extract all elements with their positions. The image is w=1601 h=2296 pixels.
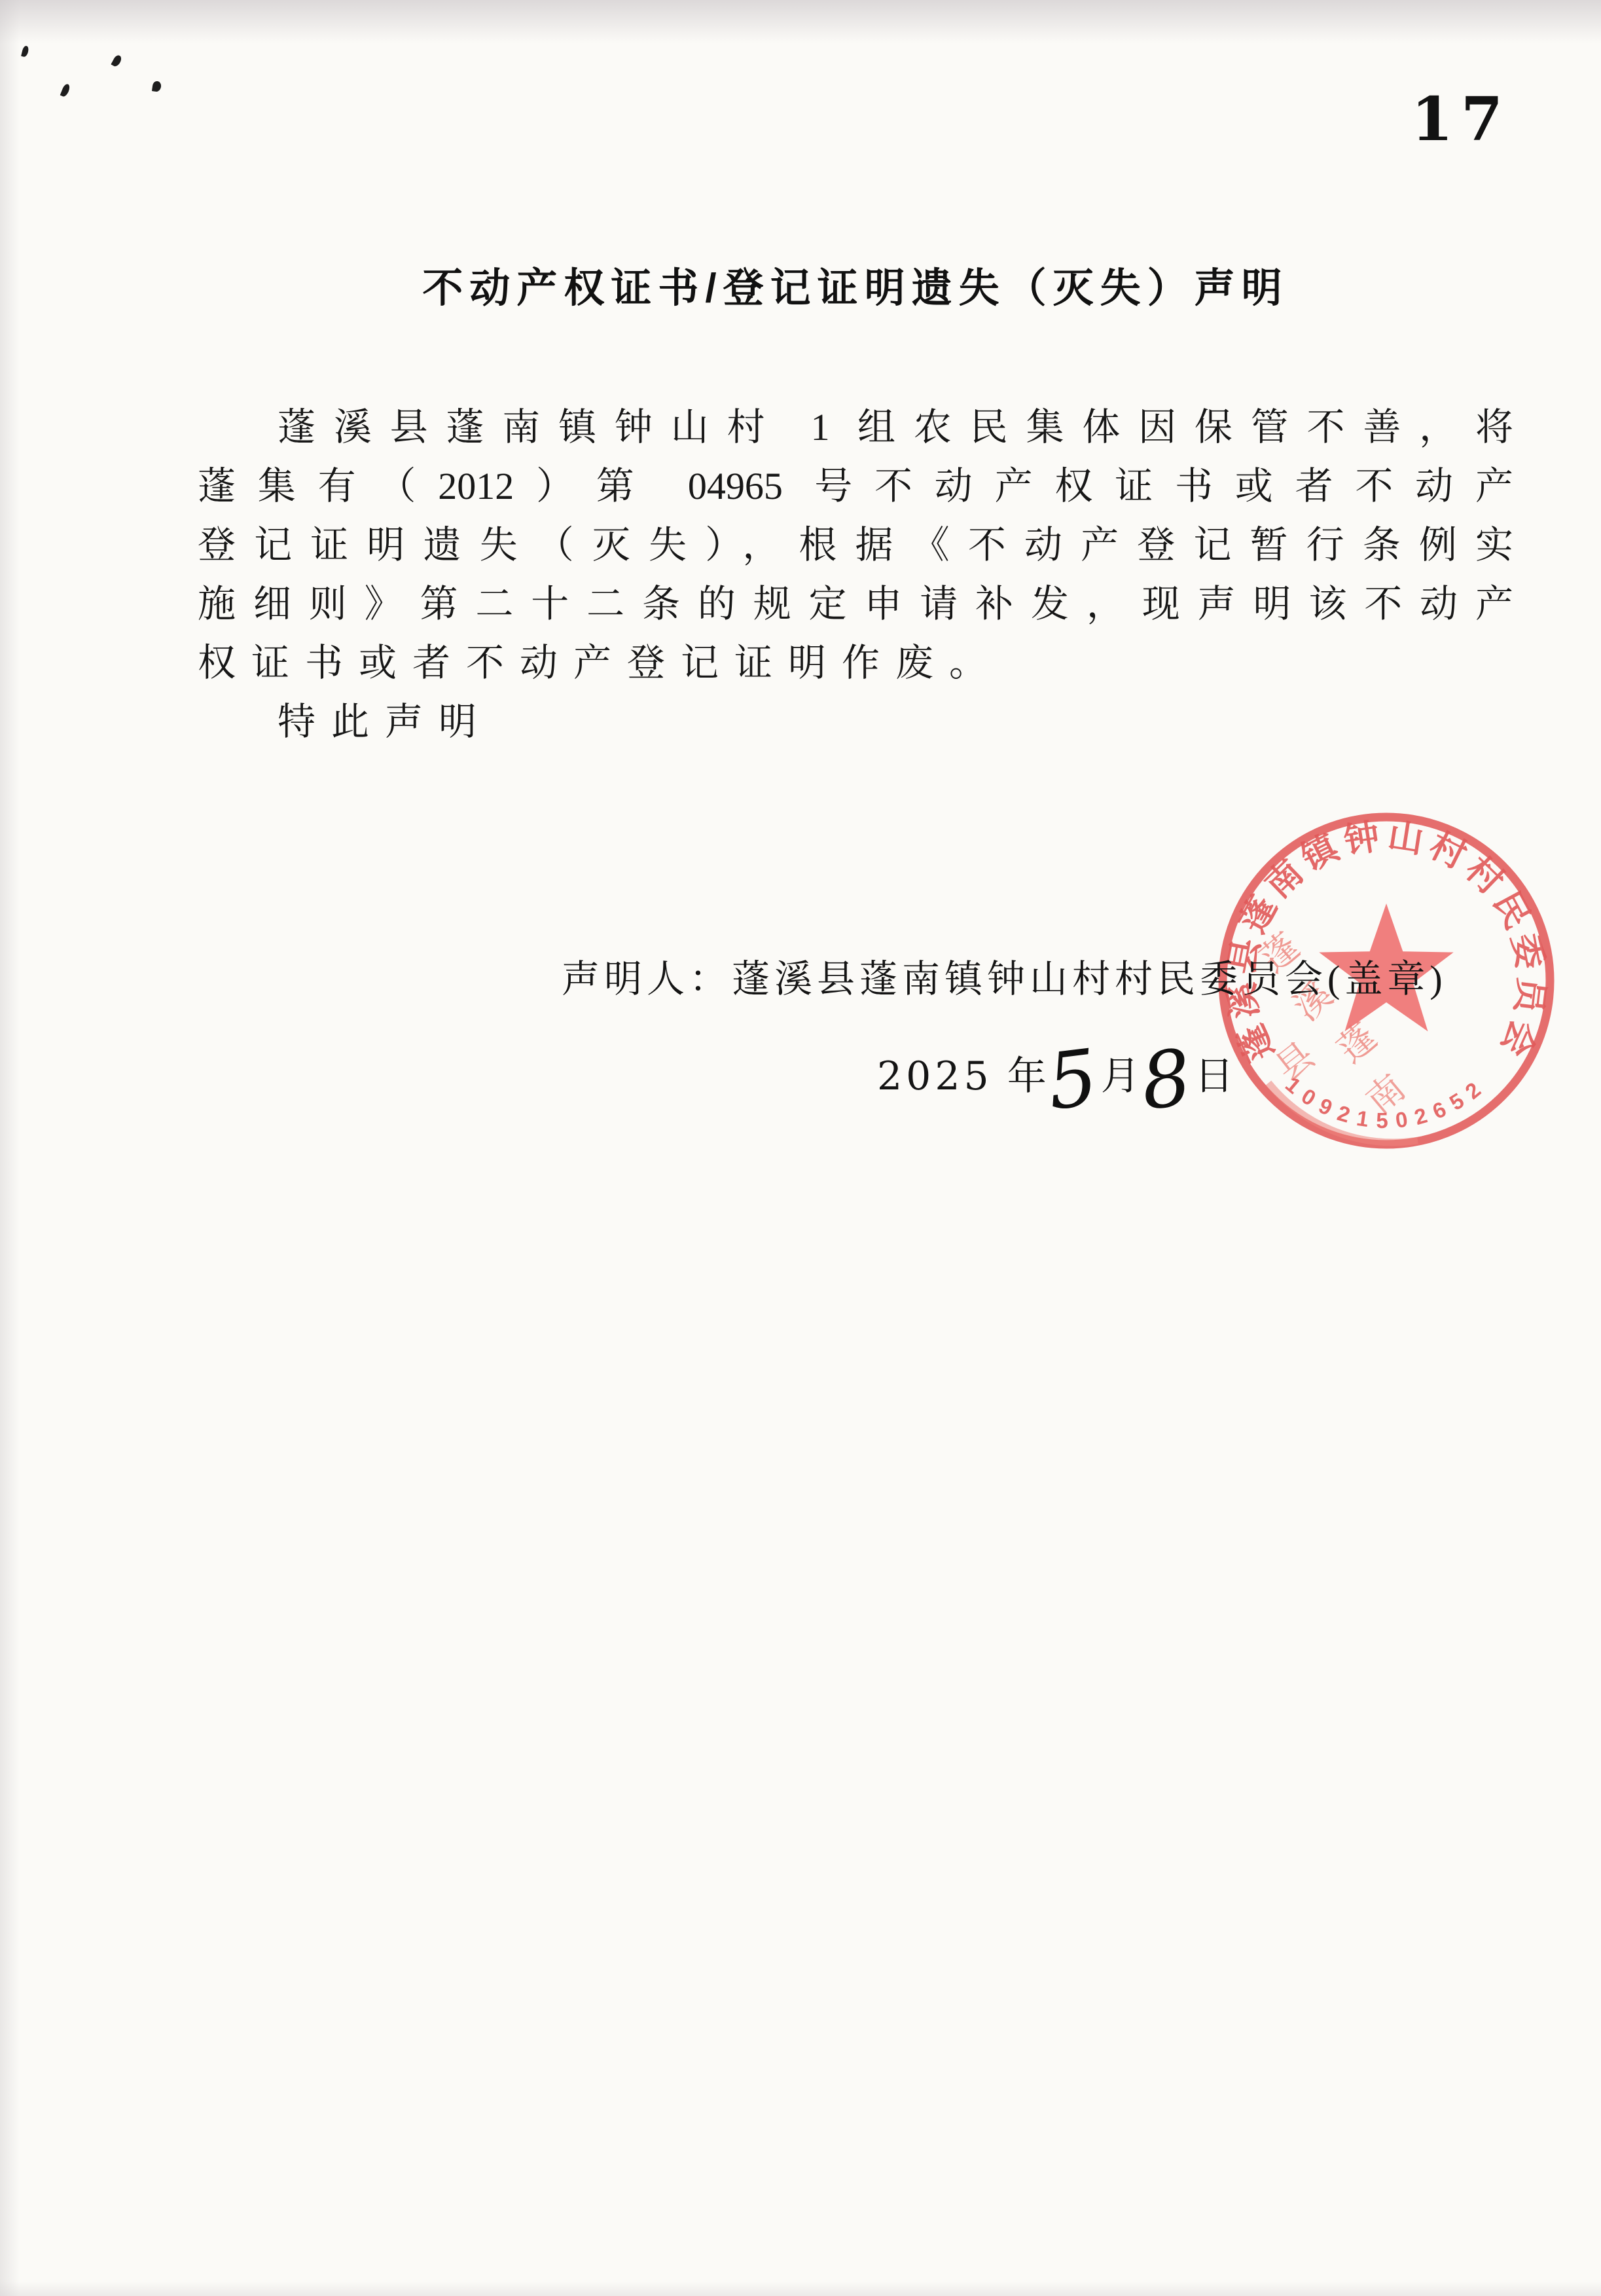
ink-speck — [60, 83, 71, 98]
page-number: 17 — [1411, 84, 1511, 155]
ink-speck — [21, 45, 29, 58]
paragraph-line: 权证书或者不动产登记证明作废。 — [198, 634, 1513, 693]
paragraph-line: 蓬集有（2012）第 04965 号不动产权证书或者不动产 — [198, 457, 1513, 516]
declarant-label: 声明人： — [562, 958, 732, 1000]
date-line: 2025年5月8日 — [877, 1045, 1234, 1101]
scan-edge-left — [0, 0, 20, 2296]
document-title: 不动产权证书/登记证明遗失（灭失）声明 — [198, 255, 1513, 314]
scan-edge-bottom — [0, 2282, 1601, 2296]
seal-ghost-char: 蓬 — [1329, 1015, 1384, 1070]
date-day-suffix: 日 — [1195, 1055, 1234, 1098]
handwritten-day: 8 — [1142, 1076, 1191, 1082]
scanned-document-page: 17 不动产权证书/登记证明遗失（灭失）声明 蓬溪县蓬南镇钟山村 1 组农民集体… — [0, 0, 1601, 2296]
paragraph-line: 蓬溪县蓬南镇钟山村 1 组农民集体因保管不善，将 — [198, 398, 1513, 457]
handwritten-month: 5 — [1048, 1076, 1097, 1082]
ink-speck — [152, 81, 162, 92]
date-year: 2025 — [877, 1053, 993, 1099]
scan-edge-top — [0, 0, 1601, 43]
declaration-paragraph: 蓬溪县蓬南镇钟山村 1 组农民集体因保管不善，将 蓬集有（2012）第 0496… — [198, 398, 1513, 752]
closing-line: 特此声明 — [198, 693, 1513, 752]
date-month-suffix: 月 — [1101, 1055, 1140, 1098]
date-year-suffix: 年 — [1007, 1055, 1047, 1098]
paragraph-line: 登记证明遗失（灭失），根据《不动产登记暂行条例实 — [198, 516, 1513, 575]
paragraph-line: 施细则》第二十二条的规定申请补发，现声明该不动产 — [198, 575, 1513, 634]
ink-speck — [111, 54, 122, 67]
declarant-line: 声明人：蓬溪县蓬南镇钟山村村民委员会(盖章) — [562, 948, 1447, 1003]
declarant-name: 蓬溪县蓬南镇钟山村村民委员会(盖章) — [732, 958, 1447, 1000]
